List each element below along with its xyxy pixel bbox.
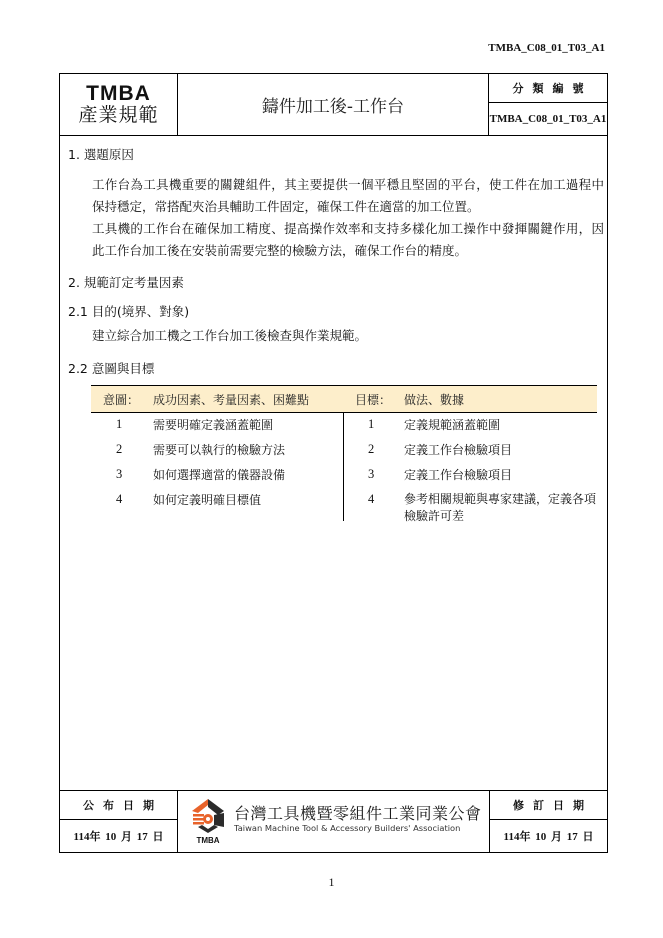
intent-text: 如何定義明確目標值 (153, 491, 261, 508)
revision-date-label: 修訂日期 (490, 791, 607, 820)
goal-number: 3 (368, 467, 374, 482)
section-2-2-heading: 2.2 意圖與目標 (68, 359, 154, 377)
table-row: 4 如何定義明確目標值 4 參考相關規範與專家建議，定義各項檢驗許可差 (91, 488, 597, 524)
section-1-heading: 1. 選題原因 (68, 145, 134, 163)
intent-number: 2 (116, 442, 122, 457)
goal-text: 參考相關規範與專家建議，定義各項檢驗許可差 (404, 491, 604, 525)
revision-date-cell: 修訂日期 114年 10 月 17 日 (489, 791, 607, 852)
intent-goal-table: 意圖： 成功因素、考量因素、困難點 目標： 做法、數據 1 需要明確定義涵蓋範圍… (91, 385, 597, 524)
document-title: 鑄件加工後-工作台 (178, 74, 488, 135)
section-2-1-paragraph: 建立綜合加工機之工作台加工後檢查與作業規範。 (92, 325, 604, 347)
association-name-english: Taiwan Machine Tool & Accessory Builders… (234, 823, 460, 833)
table-row: 3 如何選擇適當的儀器設備 3 定義工作台檢驗項目 (91, 463, 597, 488)
section-1-paragraph-1: 工作台為工具機重要的關鍵組件，其主要提供一個平穩且堅固的平台，使工件在加工過程中… (92, 174, 604, 218)
section-1-paragraph-2: 工具機的工作台在確保加工精度、提高操作效率和支持多樣化加工操作中發揮關鍵作用，因… (92, 218, 604, 262)
svg-text:TMBA: TMBA (196, 836, 219, 845)
goal-text: 定義工作台檢驗項目 (404, 466, 512, 483)
goal-number: 1 (368, 417, 374, 432)
classification-value: TMBA_C08_01_T03_A1 (489, 103, 607, 135)
header-goal-desc: 做法、數據 (404, 391, 464, 408)
goal-number: 4 (368, 492, 374, 507)
goal-text: 定義規範涵蓋範圍 (404, 416, 500, 433)
logo-standard-text: 產業規範 (78, 104, 158, 126)
document-frame: TMBA 產業規範 鑄件加工後-工作台 分類編號 TMBA_C08_01_T03… (59, 73, 608, 853)
document-code-top: TMBA_C08_01_T03_A1 (488, 42, 605, 54)
intent-number: 3 (116, 467, 122, 482)
publish-date-cell: 公布日期 114年 10 月 17 日 (60, 791, 178, 852)
association-branding: TMBA 台灣工具機暨零組件工業同業公會 Taiwan Machine Tool… (178, 791, 489, 852)
publish-date-value: 114年 10 月 17 日 (60, 820, 177, 852)
logo-tmba-text: TMBA (86, 84, 151, 104)
intent-number: 4 (116, 492, 122, 507)
revision-date-value: 114年 10 月 17 日 (490, 820, 607, 852)
header-intent-desc: 成功因素、考量因素、困難點 (153, 391, 309, 408)
section-2-heading: 2. 規範訂定考量因素 (68, 273, 184, 291)
header-intent-label: 意圖： (103, 391, 139, 408)
classification-label: 分類編號 (489, 74, 607, 103)
document-header: TMBA 產業規範 鑄件加工後-工作台 分類編號 TMBA_C08_01_T03… (60, 74, 607, 136)
intent-text: 需要可以執行的檢驗方法 (153, 441, 285, 458)
table-header-row: 意圖： 成功因素、考量因素、困難點 目標： 做法、數據 (91, 385, 597, 413)
tmba-association-logo-icon: TMBA (190, 797, 226, 845)
intent-text: 如何選擇適當的儀器設備 (153, 466, 285, 483)
classification-cell: 分類編號 TMBA_C08_01_T03_A1 (488, 74, 607, 135)
association-name-chinese: 台灣工具機暨零組件工業同業公會 (234, 801, 482, 824)
page-number: 1 (0, 875, 663, 890)
intent-number: 1 (116, 417, 122, 432)
goal-text: 定義工作台檢驗項目 (404, 441, 512, 458)
goal-number: 2 (368, 442, 374, 457)
header-goal-label: 目標： (355, 391, 391, 408)
publish-date-label: 公布日期 (60, 791, 177, 820)
table-row: 1 需要明確定義涵蓋範圍 1 定義規範涵蓋範圍 (91, 413, 597, 438)
section-2-1-heading: 2.1 目的(境界、對象) (68, 302, 189, 320)
table-row: 2 需要可以執行的檢驗方法 2 定義工作台檢驗項目 (91, 438, 597, 463)
intent-text: 需要明確定義涵蓋範圍 (153, 416, 273, 433)
tmba-standard-logo: TMBA 產業規範 (60, 74, 178, 135)
document-footer: 公布日期 114年 10 月 17 日 TMBA 台灣工具機暨零組件工業同業公會… (60, 790, 607, 852)
